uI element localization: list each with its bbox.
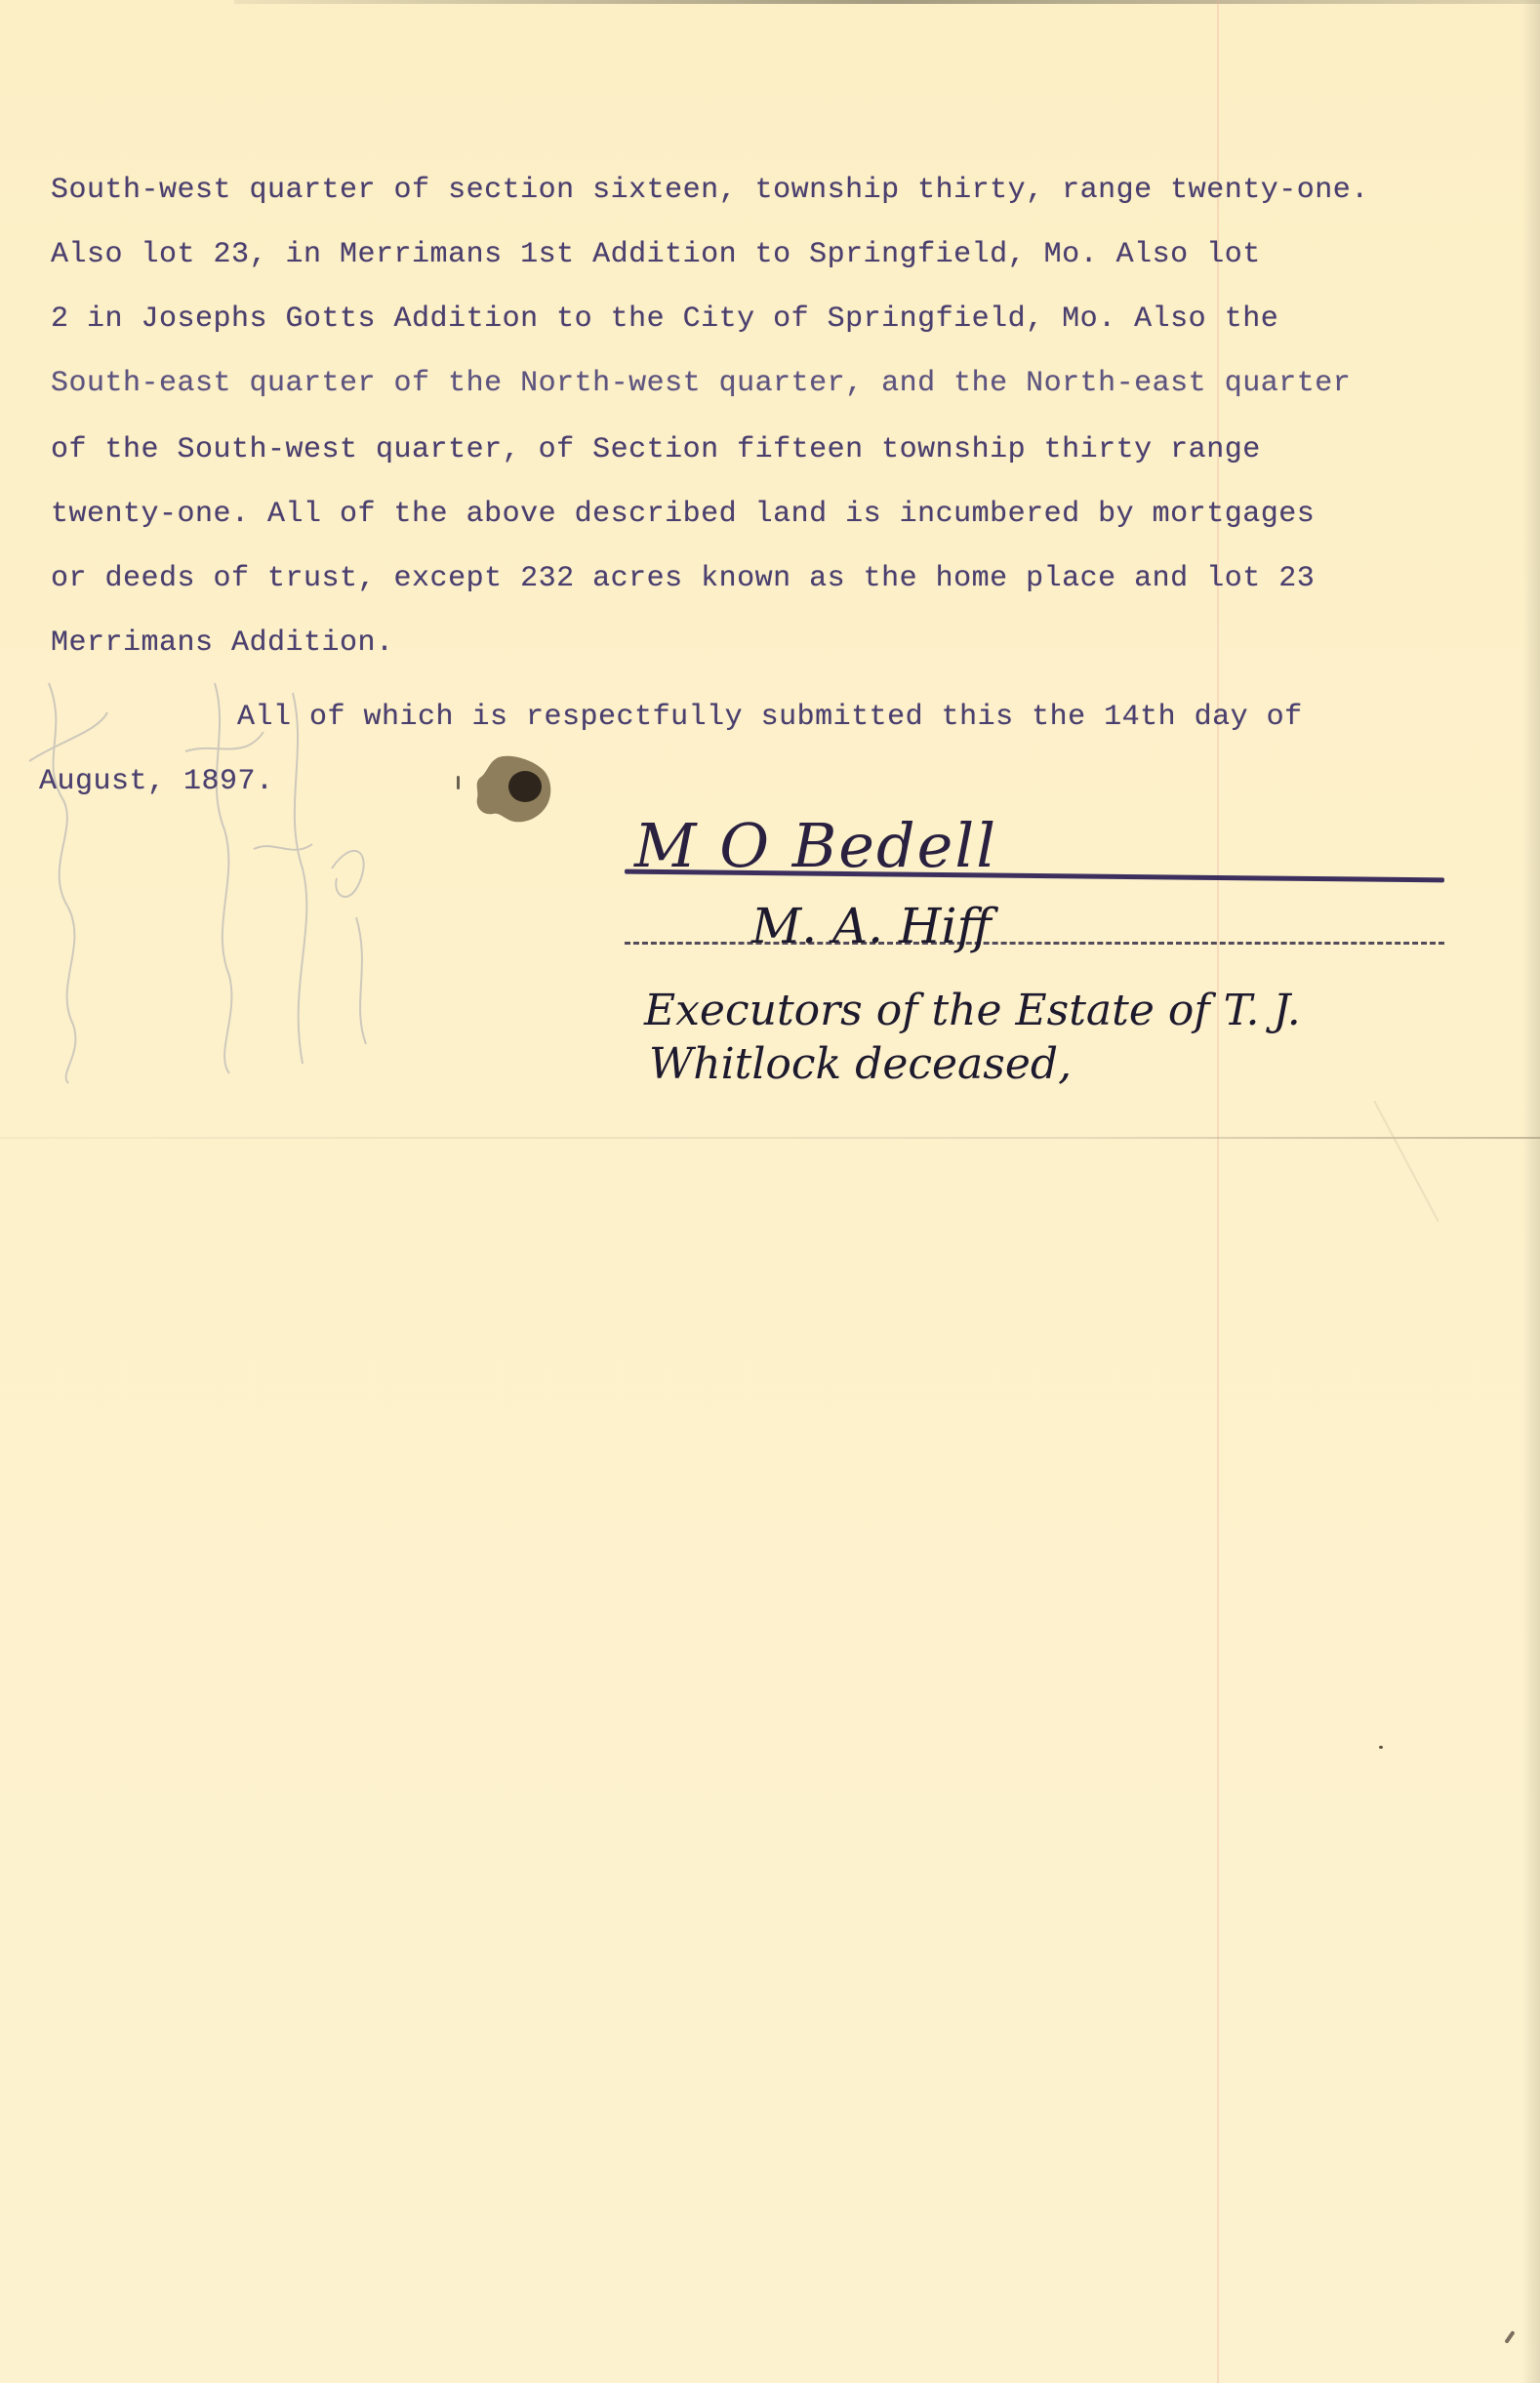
fold-crease <box>0 1137 1540 1139</box>
closing-date-line: August, 1897. <box>39 765 274 798</box>
body-line-4: South-east quarter of the North-west qua… <box>51 367 1351 400</box>
signature-dashed-line <box>625 942 1444 947</box>
body-line-1: South-west quarter of section sixteen, t… <box>51 174 1369 207</box>
body-line-5: of the South-west quarter, of Section fi… <box>51 433 1261 466</box>
body-line-2: Also lot 23, in Merrimans 1st Addition t… <box>51 238 1261 271</box>
executor-designation-line-2: Whitlock deceased, <box>649 1039 1072 1089</box>
body-line-7: or deeds of trust, except 232 acres know… <box>51 562 1315 595</box>
paper-page <box>0 0 1540 2383</box>
paper-speck <box>1379 1746 1383 1749</box>
executor-designation-line-1: Executors of the Estate of T. J. <box>644 986 1301 1035</box>
ink-blot-stain <box>471 753 554 827</box>
body-line-8: Merrimans Addition. <box>51 626 394 660</box>
pencil-bleed-through-marks <box>20 673 390 1093</box>
closing-line-1: All of which is respectfully submitted t… <box>237 701 1303 734</box>
margin-rule <box>1217 0 1219 2383</box>
signature-block: M O Bedell M. A. Hiff Executors of the E… <box>605 800 1464 1122</box>
body-line-3: 2 in Josephs Gotts Addition to the City … <box>51 303 1278 336</box>
paper-top-edge-shadow <box>234 0 1540 4</box>
ink-speck <box>457 776 460 789</box>
body-line-6: twenty-one. All of the above described l… <box>51 498 1315 531</box>
signature-secondary: M. A. Hiff <box>751 898 992 954</box>
